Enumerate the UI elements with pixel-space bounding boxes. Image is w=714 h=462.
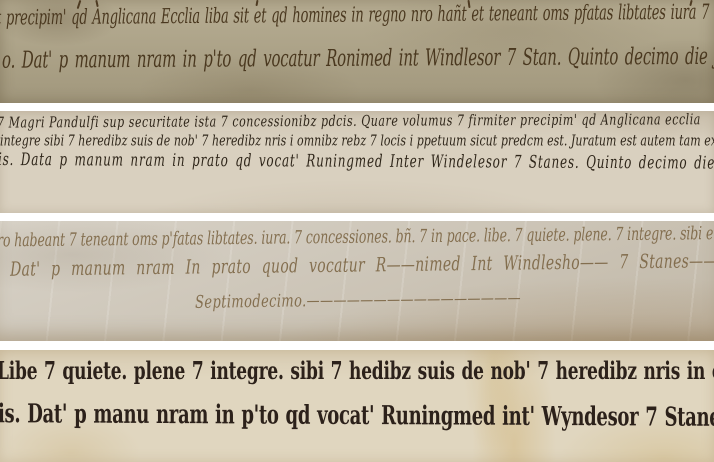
manuscript-strip-4: Libe 7 quiete. plene 7 integre. sibi 7 h…: [0, 350, 714, 462]
manuscript-line: Libe 7 quiete. plene 7 integre. sibi 7 h…: [0, 357, 714, 386]
manuscript-strip-2: 7 Magri Pandulfi sup securitate ista 7 c…: [0, 111, 714, 213]
manuscript-strip-3: ro habeant 7 teneant oms p'fatas libtate…: [0, 221, 714, 341]
manuscript-line-septimodecimo: Septimodecimo.————————————————: [195, 288, 521, 313]
manuscript-photo-collage: t precipim' qd Anglicana Ecclia liba sit…: [0, 0, 714, 462]
manuscript-line: 7 Magri Pandulfi sup securitate ista 7 c…: [0, 111, 701, 132]
manuscript-line: integre sibi 7 heredibz suis de nob' 7 h…: [0, 132, 714, 150]
manuscript-line: ro habeant 7 teneant oms p'fatas libtate…: [0, 222, 714, 251]
manuscript-line: is. Data p manum nram in prato qd vocat'…: [0, 149, 714, 173]
manuscript-line: o. Dat' p manum nram in p'to qd vocatur …: [2, 42, 714, 74]
manuscript-line: t precipim' qd Anglicana Ecclia liba sit…: [0, 0, 714, 31]
manuscript-line: Dat' p manum nram In prato quod vocatur …: [10, 250, 714, 281]
manuscript-line: is. Dat' p manu nram in p'to qd vocat' R…: [0, 399, 714, 433]
manuscript-strip-1: t precipim' qd Anglicana Ecclia liba sit…: [0, 0, 714, 103]
